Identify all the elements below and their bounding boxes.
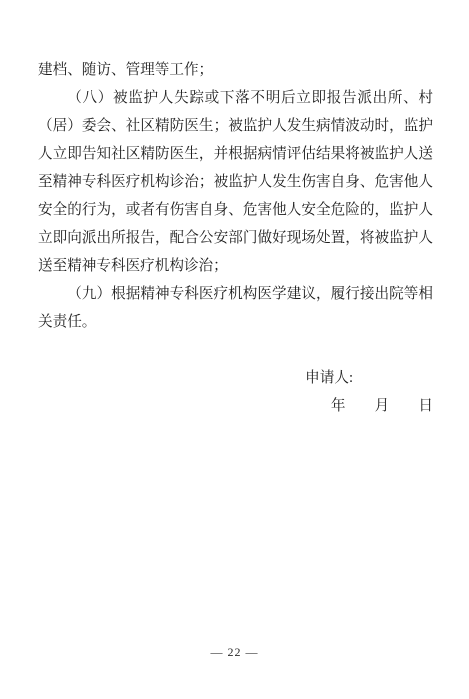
document-line: 安全的行为，或者有伤害自身、危害他人安全危险的，监护人 bbox=[38, 196, 433, 224]
document-line: 至精神专科医疗机构诊治；被监护人发生伤害自身、危害他人 bbox=[38, 168, 433, 196]
document-line: 立即向派出所报告，配合公安部门做好现场处置，将被监护人 bbox=[38, 224, 433, 252]
document-line: 人立即告知社区精防医生，并根据病情评估结果将被监护人送 bbox=[38, 140, 433, 168]
applicant-label: 申请人: bbox=[38, 364, 433, 392]
signature-block: 申请人: 年 月 日 bbox=[38, 364, 433, 420]
date-line: 年 月 日 bbox=[38, 392, 433, 420]
document-line: （八）被监护人失踪或下落不明后立即报告派出所、村 bbox=[38, 84, 433, 112]
document-page-body: 建档、随访、管理等工作； （八）被监护人失踪或下落不明后立即报告派出所、村 （居… bbox=[38, 56, 433, 420]
document-line: 关责任。 bbox=[38, 308, 433, 336]
document-line: 送至精神专科医疗机构诊治； bbox=[38, 252, 433, 280]
page-number: — 22 — bbox=[0, 644, 469, 660]
document-line: （居）委会、社区精防医生；被监护人发生病情波动时，监护 bbox=[38, 112, 433, 140]
document-line: （九）根据精神专科医疗机构医学建议，履行接出院等相 bbox=[38, 280, 433, 308]
document-line: 建档、随访、管理等工作； bbox=[38, 56, 433, 84]
